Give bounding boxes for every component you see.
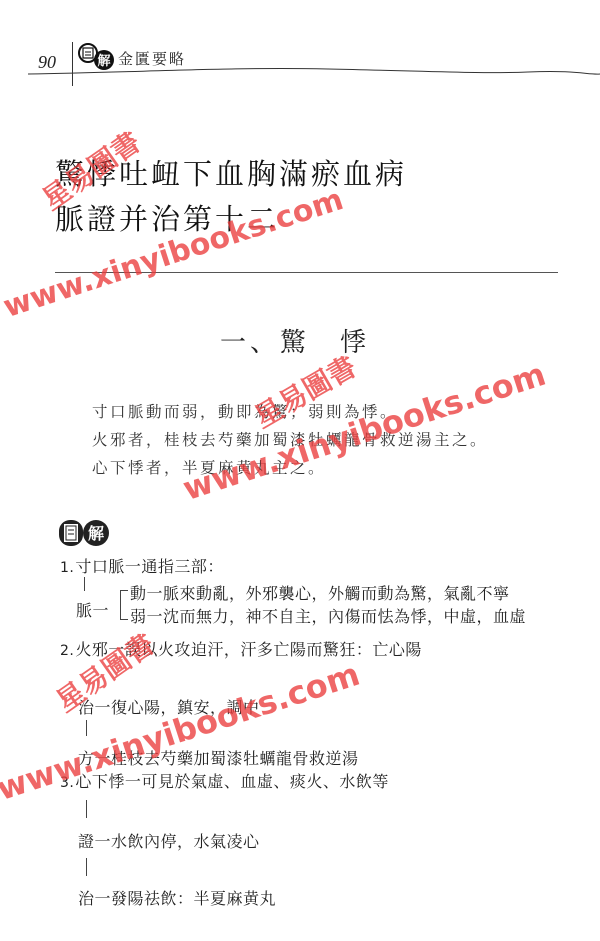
item-number: 1. xyxy=(60,560,74,576)
connector-line xyxy=(84,577,85,591)
branch-line: 弱一沈而無力，神不自主，內傷而怯為悸，中虛，血虛 xyxy=(130,604,526,627)
branch-label: 脈一 xyxy=(76,598,109,621)
tujie-section-icon: 解 xyxy=(58,518,110,548)
classic-text-block: 寸口脈動而弱，動即為驚；弱則為悸。 火邪者，桂枝去芍藥加蜀漆牡蠣龍骨救逆湯主之。… xyxy=(92,398,488,482)
diagram-item-3: 3.心下悸一可見於氣虛、血虛、痰火、水飲等 xyxy=(60,769,389,792)
item-head: 心下悸一可見於氣虛、血虛、痰火、水飲等 xyxy=(75,772,389,791)
item-number: 2. xyxy=(60,643,74,659)
connector-line xyxy=(86,800,87,818)
svg-text:解: 解 xyxy=(88,524,105,543)
step-line: 治一發陽祛飲：半夏麻黄丸 xyxy=(78,886,276,909)
diagram-item-2: 2.火邪一誤以火攻迫汗，汗多亡陽而驚狂：亡心陽 xyxy=(60,637,422,660)
item-head: 火邪一誤以火攻迫汗，汗多亡陽而驚狂：亡心陽 xyxy=(75,640,422,659)
classic-text-line: 寸口脈動而弱，動即為驚；弱則為悸。 xyxy=(92,398,488,426)
item-head: 寸口脈一通指三部： xyxy=(75,557,224,576)
classic-text-line: 火邪者，桂枝去芍藥加蜀漆牡蠣龍骨救逆湯主之。 xyxy=(92,426,488,454)
step-line: 治一復心陽，鎮安，調中 xyxy=(78,695,260,718)
section-heading: 一、驚 悸 xyxy=(220,322,370,359)
step-line: 證一水飲內停，水氣凌心 xyxy=(78,829,260,852)
chapter-title-line-1: 驚悸吐衄下血胸滿瘀血病 xyxy=(55,152,407,197)
book-title: 金匱要略 xyxy=(118,48,186,69)
book-page: 90 解 金匱要略 驚悸吐衄下血胸滿瘀血病 脈證并治第十二 一、驚 悸 寸口脈動… xyxy=(0,0,600,941)
chapter-title: 驚悸吐衄下血胸滿瘀血病 脈證并治第十二 xyxy=(55,152,407,242)
svg-text:解: 解 xyxy=(97,53,111,69)
connector-line xyxy=(86,858,87,876)
connector-line xyxy=(86,720,87,736)
branch-line: 動一脈來動亂，外邪襲心，外觸而動為驚，氣亂不寧 xyxy=(130,581,510,604)
running-header: 90 解 金匱要略 xyxy=(0,0,600,90)
step-line: 方一桂枝去芍藥加蜀漆牡蠣龍骨救逆湯 xyxy=(78,746,359,769)
chapter-title-line-2: 脈證并治第十二 xyxy=(55,197,407,242)
tujie-logo-icon: 解 xyxy=(78,42,116,72)
chapter-divider xyxy=(55,272,558,273)
bracket xyxy=(120,590,128,620)
item-number: 3. xyxy=(60,775,74,791)
diagram-item-1: 1.寸口脈一通指三部： xyxy=(60,554,224,577)
classic-text-line: 心下悸者，半夏麻黄丸主之。 xyxy=(92,454,488,482)
